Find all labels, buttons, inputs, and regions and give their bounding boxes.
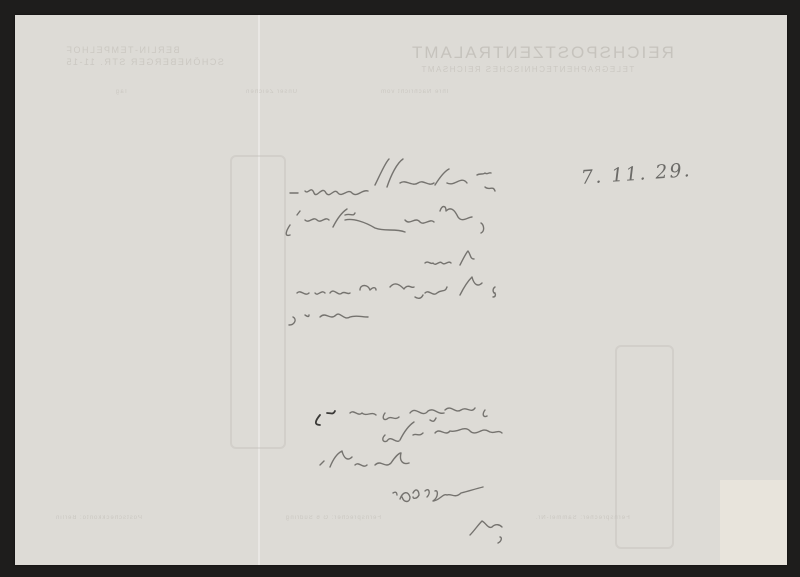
document-sheet: REICHSPOSTZENTRALAMT TELEGRAPHENTECHNISC…	[15, 15, 787, 565]
shorthand-notes	[15, 15, 787, 565]
